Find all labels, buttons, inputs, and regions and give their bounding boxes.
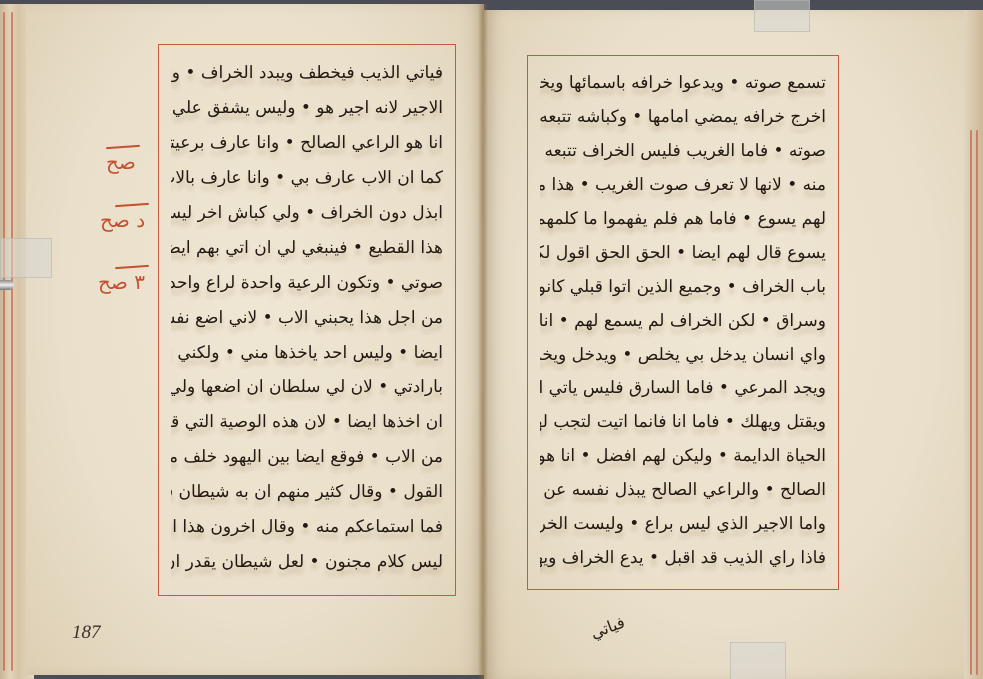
text-line: ايضا • وليس احد ياخذها مني • ولكني اضعها	[171, 335, 443, 370]
text-line: باب الخراف • وجميع الذين اتوا قبلي كانوا…	[540, 270, 826, 304]
text-line: ويجد المرعي • فاما السارق فليس ياتي الا …	[540, 371, 826, 405]
text-line: ان اخذها ايضا • لان هذه الوصية التي قبلت…	[171, 404, 443, 439]
text-line: فما استماعكم منه • وقال اخرون هذا الكلام	[171, 509, 443, 544]
right-page-edges	[964, 10, 983, 679]
text-line: فياتي الذيب فيخطف ويبدد الخراف • وانما ي…	[171, 55, 443, 90]
left-text-frame: فياتي الذيب فيخطف ويبدد الخراف • وانما ي…	[158, 44, 456, 596]
manuscript-spread: فياتي الذيب فيخطف ويبدد الخراف • وانما ي…	[0, 0, 983, 679]
text-line: واي انسان يدخل بي يخلص • ويدخل ويخرج	[540, 338, 826, 372]
edge-line	[11, 12, 13, 671]
metal-clip	[0, 280, 14, 290]
text-line: واما الاجير الذي ليس براع • وليست الخراف…	[540, 507, 826, 541]
margin-note: ٣ صح	[98, 270, 145, 294]
edge-line	[3, 12, 5, 671]
folio-number: 187	[72, 622, 101, 644]
text-line: تسمع صوته • ويدعوا خرافه باسمائها ويخرجه…	[540, 66, 826, 100]
text-line: كما ان الاب عارف بي • وانا عارف بالاب • …	[171, 160, 443, 195]
text-line: انا هو الراعي الصالح • وانا عارف برعيتي …	[171, 125, 443, 160]
text-line: صوته • فاما الغريب فليس الخراف تتبعه • ل…	[540, 134, 826, 168]
text-line: من اجل هذا يحبني الاب • لاني اضع نفسي لا…	[171, 300, 443, 335]
margin-note: د صح	[100, 208, 145, 232]
right-text-frame: تسمع صوته • ويدعوا خرافه باسمائها ويخرجه…	[527, 55, 839, 590]
text-line: الحياة الدايمة • وليكن لهم افضل • انا هو…	[540, 439, 826, 473]
text-line: وسراق • لكن الخراف لم يسمع لهم • انا هو …	[540, 304, 826, 338]
text-line: لهم يسوع • فاما هم فلم يفهموا ما كلمهم ب…	[540, 202, 826, 236]
gutter	[478, 4, 488, 679]
text-line: منه • لانها لا تعرف صوت الغريب • هذا مثل…	[540, 168, 826, 202]
text-line: يسوع قال لهم ايضا • الحق الحق اقول لكم •…	[540, 236, 826, 270]
text-line: الاجير لانه اجير هو • وليس يشفق علي الخر…	[171, 90, 443, 125]
text-line: ابذل دون الخراف • ولي كباش اخر ليست من	[171, 195, 443, 230]
margin-note: صح	[106, 150, 136, 174]
tape-strip	[0, 238, 52, 278]
text-line: ويقتل ويهلك • فاما انا فانما اتيت لتجب ل…	[540, 405, 826, 439]
tape-strip	[730, 642, 786, 679]
text-line: ليس كلام مجنون • لعل شيطان يقدر ان يفتح	[171, 544, 443, 579]
text-line: من الاب • فوقع ايضا بين اليهود خلف من اج…	[171, 439, 443, 474]
text-line: القول • وقال كثير منهم ان به شيطان قد جن…	[171, 474, 443, 509]
tape-strip	[754, 0, 810, 32]
text-line: الصالح • والراعي الصالح يبذل نفسه عن الخ…	[540, 473, 826, 507]
edge-line	[976, 130, 978, 675]
text-line: فاذا راي الذيب قد اقبل • يدع الخراف ويهر…	[540, 541, 826, 575]
text-line: هذا القطيع • فينبغي لي ان اتي بهم ايضا و…	[171, 230, 443, 265]
text-line: بارادتي • لان لي سلطان ان اضعها ولي سلطا…	[171, 369, 443, 404]
text-line: اخرج خرافه يمضي امامها • وكباشه تتبعه • …	[540, 100, 826, 134]
edge-line	[970, 130, 972, 675]
text-line: صوتي • وتكون الرعية واحدة لراع واحد •	[171, 265, 443, 300]
